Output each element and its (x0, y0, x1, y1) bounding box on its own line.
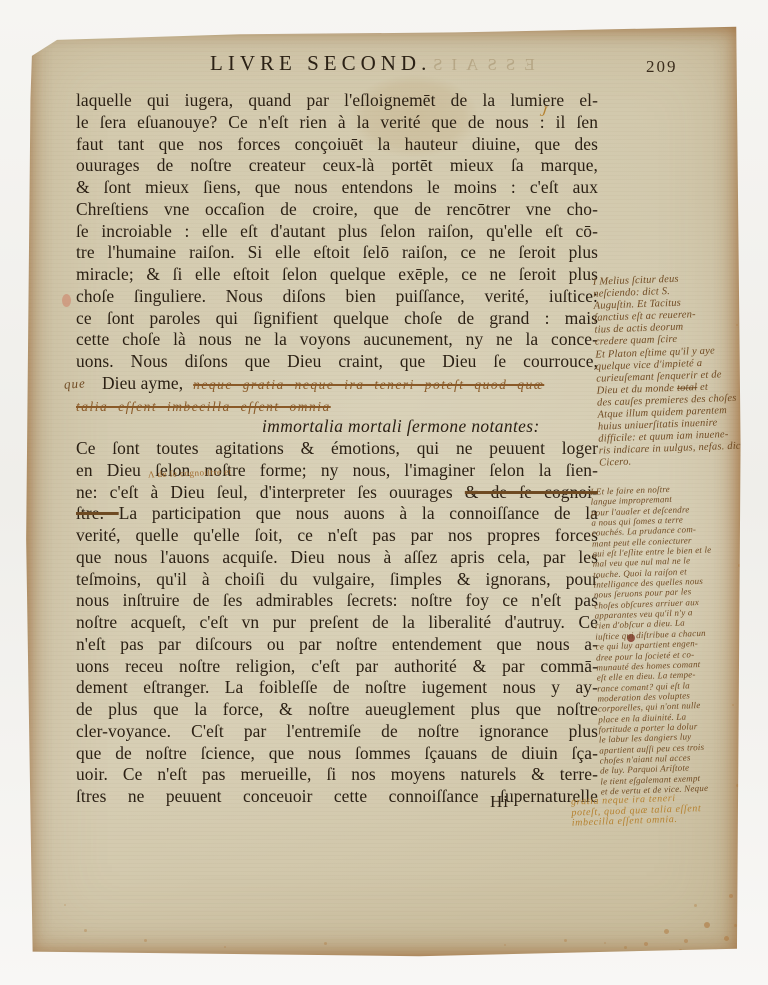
foxing-speck (694, 904, 697, 907)
printed-line: ſtres ne peuuent conceuoir cette connoiſ… (76, 786, 598, 808)
foxing-speck (564, 939, 567, 942)
gathering-signature: Hi (490, 792, 509, 812)
foxing-speck (664, 929, 669, 934)
latin-quotation-line: immortalia mortali ſermone notantes: (76, 416, 598, 438)
foxing-speck (704, 922, 710, 928)
printed-line: laquelle qui iugera, quand par l'eſloign… (76, 90, 598, 112)
printed-line: cette choſe là nous ne la voyons aucunem… (76, 329, 598, 351)
printed-line: ce ſont paroles qui ſignifient quelque c… (76, 308, 598, 330)
foxing-speck (679, 949, 682, 952)
foxing-speck (644, 942, 648, 946)
page-number: 209 (646, 57, 678, 77)
printed-line: ne: c'eſt à Dieu ſeul, d'interpreter ſes… (76, 482, 598, 504)
margin-note-augustine-tacitus: I Melius ſcitur deusneſciendo: dict S.Au… (593, 271, 752, 470)
foxing-speck (734, 924, 737, 927)
foxing-speck (714, 949, 718, 953)
printed-line: choſe ſinguliere. Nous diſons bien puiſſ… (76, 286, 598, 308)
handwritten-strikethrough-line: talia eſſent imbecilla eſſent omnia (76, 395, 598, 417)
printed-text: ne: c'eſt à Dieu ſeul, d'interpreter ſes… (76, 482, 465, 502)
foxing-speck (324, 942, 327, 945)
printed-line: ſtre. La participation que nous auons à … (76, 503, 598, 525)
printed-text-block: laquelle qui iugera, quand par l'eſloign… (76, 90, 598, 808)
left-margin-annotation: que (63, 375, 86, 392)
foxing-speck (144, 939, 147, 942)
struck-handwriting: talia eſſent imbecilla eſſent omnia (76, 399, 331, 414)
printed-line: n'eſt pas par diſcours ou par noſtre ent… (76, 634, 598, 656)
foxing-speck (64, 904, 66, 906)
printed-line: faut tant que nos forces conçoiuēt la ha… (76, 134, 598, 156)
foxing-speck (84, 929, 87, 932)
printed-line: Ce ſont toutes agitations & émotions, qu… (76, 438, 598, 460)
book-page-scan: ESSAIS LIVRE SECOND. 209 laquelle qui iu… (24, 24, 742, 960)
struck-handwriting: total (677, 382, 698, 394)
printed-line: Chreſtiens vne occaſion de croire, que d… (76, 199, 598, 221)
printed-line: Dieu ayme,neque gratia neque ira teneri … (76, 373, 598, 395)
foxing-speck (504, 944, 506, 946)
foxing-speck (724, 936, 729, 941)
struck-printed-text: & de ſe cognoi- (465, 482, 598, 502)
printed-line: & ſont mieux ſiens, que nous entendons l… (76, 177, 598, 199)
foxing-speck (224, 946, 226, 948)
foxing-speck (684, 939, 688, 943)
printed-line: cler-voyance. C'eſt par l'entremiſe de n… (76, 721, 598, 743)
printed-line: que nous l'auons acquiſe. Dieu nous à aſ… (76, 547, 598, 569)
struck-printed-text: ſtre. (76, 503, 119, 523)
printed-line: miracle; & ſi elle eſtoit ſelon quelque … (76, 264, 598, 286)
printed-line: uons receu noſtre religion, c'eſt par au… (76, 656, 598, 678)
printed-line: ſe incroiable : elle eſt d'autant plus ſ… (76, 221, 598, 243)
printed-line: verité, quelle qu'elle ſoit, ce n'eſt pa… (76, 525, 598, 547)
printed-line: dement eſtranger. La foibleſſe de noſtre… (76, 677, 598, 699)
foxing-speck (604, 942, 606, 944)
printed-line: teſmoins, qu'il à choiſi du vulgaire, ſi… (76, 569, 598, 591)
printed-text: La participation que nous auons à la con… (119, 503, 598, 523)
printed-line: le ſera eſuanouye? Ce n'eſt rien à la ve… (76, 112, 598, 134)
running-header-title: LIVRE SECOND. (210, 51, 470, 76)
printed-line: tre l'humaine raiſon. Si elle eſtoit ſel… (76, 242, 598, 264)
printed-line: de plus que la force, & noſtre aueugleme… (76, 699, 598, 721)
printed-line: nous inſtruire de ſes admirables ſecrets… (76, 590, 598, 612)
printed-line: noſtre acqueſt, c'eſt vn pur preſent de … (76, 612, 598, 634)
printed-line: uons. Nous diſons que Dieu craint, que D… (76, 351, 598, 373)
margin-note-divine-attributes: I Et le faire en noſtrelangue improprema… (590, 481, 754, 827)
foxing-speck (624, 946, 627, 949)
foxing-speck (729, 894, 733, 898)
struck-handwriting: neque gratia neque ira teneri poteſt quo… (193, 377, 544, 392)
printed-line: ouurages de noſtre createur ceux-là port… (76, 155, 598, 177)
printed-line: uoir. Ce n'eſt pas merueille, ſi nos moy… (76, 764, 598, 786)
printed-line: que de noſtre ſcience, que nous ſommes ſ… (76, 743, 598, 765)
